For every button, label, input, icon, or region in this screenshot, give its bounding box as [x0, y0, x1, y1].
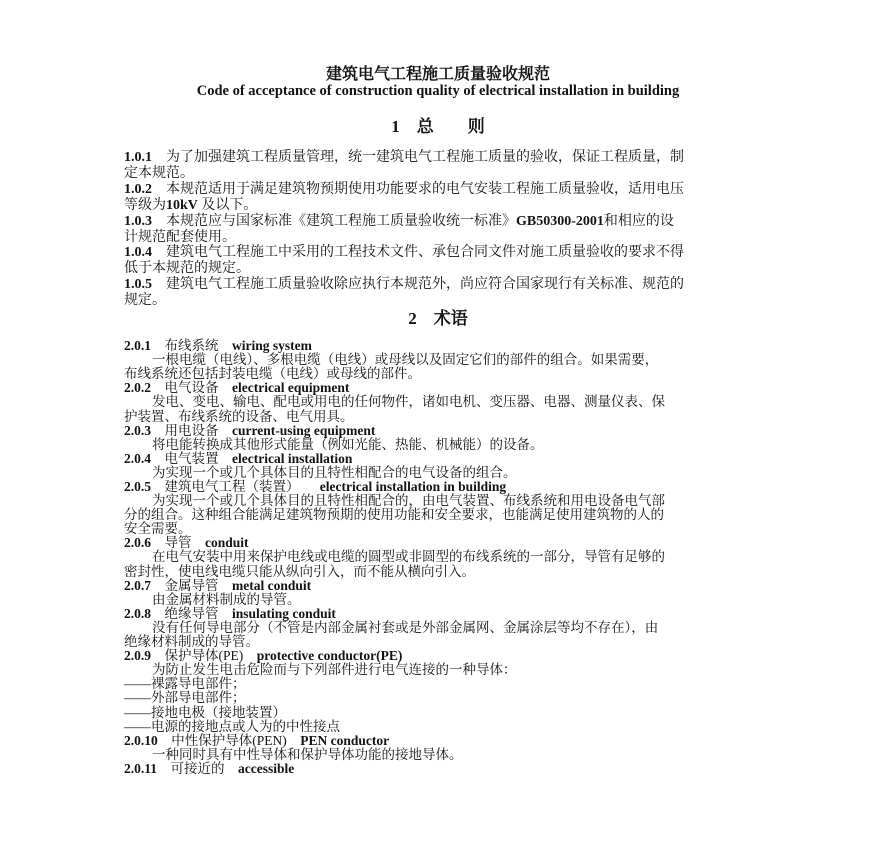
- emphasis-segment: 2.0.10: [124, 733, 158, 748]
- text-segment: 本规范应与国家标准《建筑工程施工质量验收统一标准》: [152, 214, 516, 229]
- text-segment: 为了加强建筑工程质量管理，统一建筑电气工程施工质量的验收，保证工程质量，制: [152, 150, 684, 165]
- emphasis-segment: 10kV: [166, 198, 198, 213]
- text-line: 分的组合。这种组合能满足建筑物预期的使用功能和安全要求，也能满足使用建筑物的人的: [124, 508, 752, 522]
- text-segment: ——外部导电部件；: [124, 690, 246, 705]
- emphasis-segment: 1.0.4: [124, 245, 152, 260]
- text-segment: 金属导管: [151, 578, 232, 593]
- emphasis-segment: wiring system: [232, 338, 312, 353]
- text-segment: 护装置、布线系统的设备、电气用具。: [124, 409, 354, 424]
- text-line: 1.0.2 本规范适用于满足建筑物预期使用功能要求的电气安装工程施工质量验收，适…: [124, 182, 752, 198]
- emphasis-segment: 2 术语: [408, 309, 468, 328]
- text-line: 一种同时具有中性导体和保护导体功能的接地导体。: [124, 748, 752, 762]
- text-segment: 安全需要。: [124, 521, 192, 536]
- text-line: 密封性，使电线电缆只能从纵向引入，而不能从横向引入。: [124, 565, 752, 579]
- text-segment: 绝缘材料制成的导管。: [124, 634, 259, 649]
- text-line: 2.0.3 用电设备 current-using equipment: [124, 424, 752, 438]
- text-segment: 建筑电气工程（装置）: [151, 479, 320, 494]
- text-segment: 为实现一个或几个具体目的且特性相配合的电气设备的组合。: [152, 465, 517, 480]
- text-line: 1.0.1 为了加强建筑工程质量管理，统一建筑电气工程施工质量的验收，保证工程质…: [124, 150, 752, 166]
- emphasis-segment: electrical installation in building: [320, 479, 506, 494]
- emphasis-segment: electrical installation: [232, 451, 352, 466]
- emphasis-segment: 2.0.11: [124, 761, 157, 776]
- text-segment: 分的组合。这种组合能满足建筑物预期的使用功能和安全要求，也能满足使用建筑物的人的: [124, 507, 664, 522]
- text-segment: 保护导体(PE): [151, 648, 257, 663]
- text-segment: 建筑电气工程施工中采用的工程技术文件、承包合同文件对施工质量验收的要求不得: [152, 245, 684, 260]
- text-line: 1.0.3 本规范应与国家标准《建筑工程施工质量验收统一标准》GB50300-2…: [124, 214, 752, 230]
- text-line: 2.0.7 金属导管 metal conduit: [124, 579, 752, 593]
- text-segment: 由金属材料制成的导管。: [152, 592, 301, 607]
- emphasis-segment: 2.0.1: [124, 338, 151, 353]
- text-segment: 规定。: [124, 293, 166, 308]
- text-segment: 和相应的设: [604, 214, 674, 229]
- emphasis-segment: 1.0.1: [124, 150, 152, 165]
- text-segment: 没有任何导电部分（不管是内部金属衬套或是外部金属网、金属涂层等均不存在），由: [152, 620, 658, 635]
- text-segment: 本规范适用于满足建筑物预期使用功能要求的电气安装工程施工质量验收，适用电压: [152, 182, 684, 197]
- text-line: 绝缘材料制成的导管。: [124, 635, 752, 649]
- emphasis-segment: insulating conduit: [232, 606, 336, 621]
- emphasis-segment: GB50300-2001: [516, 214, 604, 229]
- emphasis-segment: 2.0.6: [124, 535, 151, 550]
- emphasis-segment: 2.0.4: [124, 451, 151, 466]
- text-line: 1.0.4 建筑电气工程施工中采用的工程技术文件、承包合同文件对施工质量验收的要…: [124, 245, 752, 261]
- text-segment: 布线系统: [151, 338, 232, 353]
- emphasis-segment: 1.0.5: [124, 277, 152, 292]
- text-line: 2.0.10 中性保护导体(PEN) PEN conductor: [124, 734, 752, 748]
- text-line: 定本规范。: [124, 166, 752, 182]
- document-title-chinese: 建筑电气工程施工质量验收规范: [124, 66, 752, 83]
- emphasis-segment: 2.0.3: [124, 423, 151, 438]
- text-segment: 布线系统还包括封装电缆（电线）或母线的部件。: [124, 366, 421, 381]
- text-segment: 可接近的: [157, 761, 238, 776]
- document-body: 1 总 则1.0.1 为了加强建筑工程质量管理，统一建筑电气工程施工质量的验收，…: [124, 116, 752, 776]
- text-segment: 一种同时具有中性导体和保护导体功能的接地导体。: [152, 747, 463, 762]
- text-line: 规定。: [124, 293, 752, 309]
- text-line: ——接地电极（接地装置）: [124, 706, 752, 720]
- text-segment: 中性保护导体(PEN): [158, 733, 301, 748]
- text-line: 2.0.5 建筑电气工程（装置） electrical installation…: [124, 480, 752, 494]
- text-segment: 电气装置: [151, 451, 232, 466]
- text-segment: 绝缘导管: [151, 606, 232, 621]
- emphasis-segment: 1.0.2: [124, 182, 152, 197]
- text-line: 在电气安装中用来保护电线或电缆的圆型或非圆型的布线系统的一部分，导管有足够的: [124, 550, 752, 564]
- text-segment: 密封性，使电线电缆只能从纵向引入，而不能从横向引入。: [124, 564, 475, 579]
- text-segment: 用电设备: [151, 423, 232, 438]
- text-segment: 及以下。: [198, 198, 258, 213]
- text-line: 发电、变电、输电、配电或用电的任何物件，诸如电机、变压器、电器、测量仪表、保: [124, 395, 752, 409]
- text-segment: ——接地电极（接地装置）: [124, 705, 286, 720]
- emphasis-segment: 1 总 则: [391, 117, 485, 136]
- text-segment: 低于本规范的规定。: [124, 261, 250, 276]
- emphasis-segment: protective conductor(PE): [257, 648, 403, 663]
- text-segment: 为实现一个或几个具体目的且特性相配合的，由电气装置、布线系统和用电设备电气部: [152, 493, 665, 508]
- text-line: 为实现一个或几个具体目的且特性相配合的电气设备的组合。: [124, 466, 752, 480]
- text-segment: 在电气安装中用来保护电线或电缆的圆型或非圆型的布线系统的一部分，导管有足够的: [152, 549, 665, 564]
- text-line: ——电源的接地点或人为的中性接点: [124, 720, 752, 734]
- text-line: 1.0.5 建筑电气工程施工质量验收除应执行本规范外，尚应符合国家现行有关标准、…: [124, 277, 752, 293]
- emphasis-segment: metal conduit: [232, 578, 311, 593]
- emphasis-segment: 2.0.2: [124, 380, 151, 395]
- text-segment: 计规范配套使用。: [124, 230, 236, 245]
- document-page: 建筑电气工程施工质量验收规范 Code of acceptance of con…: [0, 0, 870, 842]
- text-line: 2.0.4 电气装置 electrical installation: [124, 452, 752, 466]
- text-line: 2.0.11 可接近的 accessible: [124, 762, 752, 776]
- emphasis-segment: accessible: [238, 761, 294, 776]
- text-segment: 定本规范。: [124, 166, 194, 181]
- emphasis-segment: current-using equipment: [232, 423, 375, 438]
- text-segment: 一根电缆（电线）、多根电缆（电线）或母线以及固定它们的部件的组合。如果需要，: [152, 352, 658, 367]
- text-segment: ——电源的接地点或人为的中性接点: [124, 719, 340, 734]
- text-line: 安全需要。: [124, 522, 752, 536]
- chapter-heading: 2 术语: [124, 309, 752, 329]
- text-line: 将电能转换成其他形式能量（例如光能、热能、机械能）的设备。: [124, 438, 752, 452]
- emphasis-segment: 1.0.3: [124, 214, 152, 229]
- text-line: ——外部导电部件；: [124, 691, 752, 705]
- text-segment: 发电、变电、输电、配电或用电的任何物件，诸如电机、变压器、电器、测量仪表、保: [152, 394, 665, 409]
- text-segment: 等级为: [124, 198, 166, 213]
- text-line: 低于本规范的规定。: [124, 261, 752, 277]
- text-segment: 建筑电气工程施工质量验收除应执行本规范外，尚应符合国家现行有关标准、规范的: [152, 277, 684, 292]
- emphasis-segment: PEN conductor: [300, 733, 389, 748]
- text-line: 由金属材料制成的导管。: [124, 593, 752, 607]
- emphasis-segment: 2.0.8: [124, 606, 151, 621]
- document-title-english: Code of acceptance of construction quali…: [124, 83, 752, 99]
- text-line: 计规范配套使用。: [124, 230, 752, 246]
- text-line: 护装置、布线系统的设备、电气用具。: [124, 410, 752, 424]
- text-line: 没有任何导电部分（不管是内部金属衬套或是外部金属网、金属涂层等均不存在），由: [124, 621, 752, 635]
- emphasis-segment: 2.0.7: [124, 578, 151, 593]
- text-segment: 为防止发生电击危险而与下列部件进行电气连接的一种导体：: [152, 662, 517, 677]
- chapter-heading: 1 总 则: [124, 116, 752, 137]
- emphasis-segment: 2.0.9: [124, 648, 151, 663]
- text-line: 等级为10kV 及以下。: [124, 198, 752, 214]
- text-segment: 将电能转换成其他形式能量（例如光能、热能、机械能）的设备。: [152, 437, 544, 452]
- text-line: 2.0.8 绝缘导管 insulating conduit: [124, 607, 752, 621]
- emphasis-segment: 2.0.5: [124, 479, 151, 494]
